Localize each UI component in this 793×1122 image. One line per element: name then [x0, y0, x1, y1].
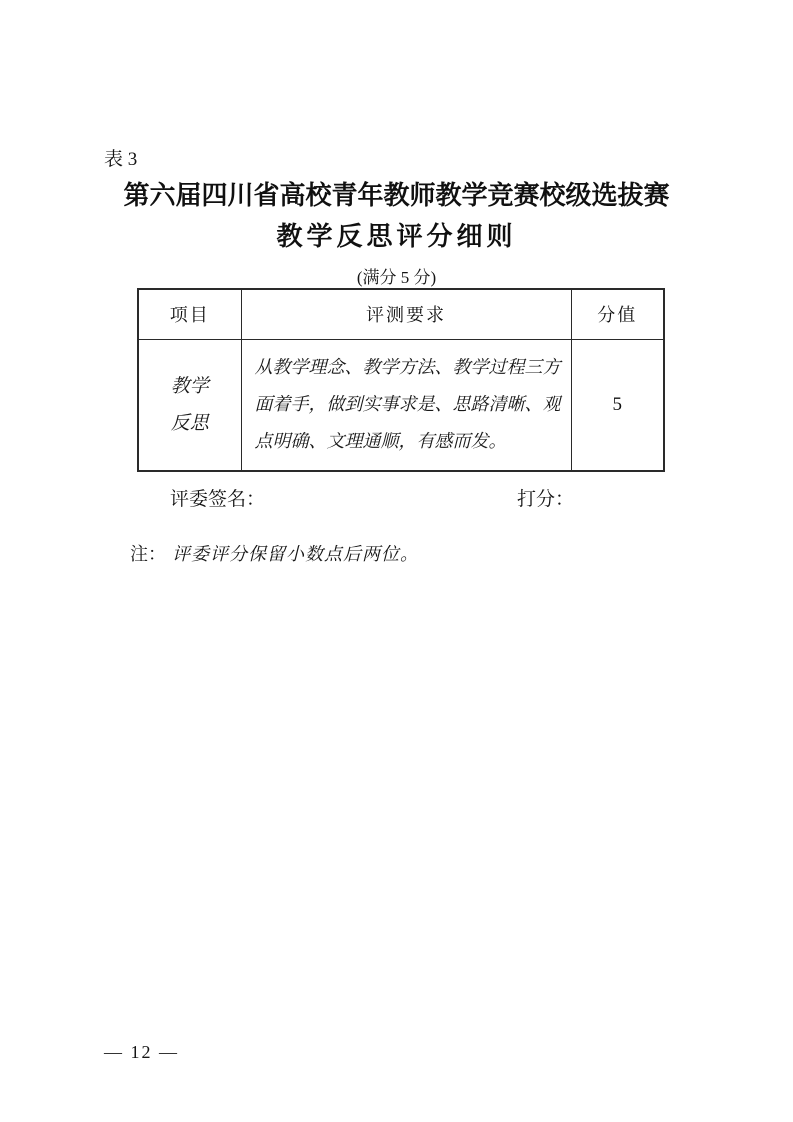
column-header-item: 项目: [138, 289, 241, 339]
max-score-subtitle: (满分 5 分): [0, 263, 793, 288]
document-page: 表 3 第六届四川省高校青年教师教学竞赛校级选拔赛 教学反思评分细则 (满分 5…: [0, 0, 793, 1122]
requirement-cell: 从教学理念、教学方法、教学过程三方面着手，做到实事求是、思路清晰、观点明确、文理…: [241, 339, 571, 471]
table-row: 教学 反思 从教学理念、教学方法、教学过程三方面着手，做到实事求是、思路清晰、观…: [138, 339, 664, 471]
document-title-line1: 第六届四川省高校青年教师教学竞赛校级选拔赛: [0, 180, 793, 212]
score-value-cell: 5: [571, 339, 664, 471]
score-entry-label: 打分：: [517, 484, 574, 511]
footnote: 注：评委评分保留小数点后两位。: [130, 540, 419, 566]
item-cell-teaching-reflection: 教学 反思: [138, 339, 241, 471]
page-number: — 12 —: [104, 1042, 179, 1063]
footnote-text: 评委评分保留小数点后两位。: [172, 544, 419, 564]
table-number-label: 表 3: [104, 144, 137, 171]
judge-signature-label: 评委签名：: [170, 484, 265, 511]
column-header-requirement: 评测要求: [241, 289, 571, 339]
footnote-prefix: 注：: [130, 544, 166, 564]
column-header-score: 分值: [571, 289, 664, 339]
document-title-line2: 教学反思评分细则: [0, 221, 793, 253]
table-header-row: 项目 评测要求 分值: [138, 289, 664, 339]
scoring-rubric-table: 项目 评测要求 分值 教学 反思 从教学理念、教学方法、教学过程三方面着手，做到…: [137, 288, 665, 472]
